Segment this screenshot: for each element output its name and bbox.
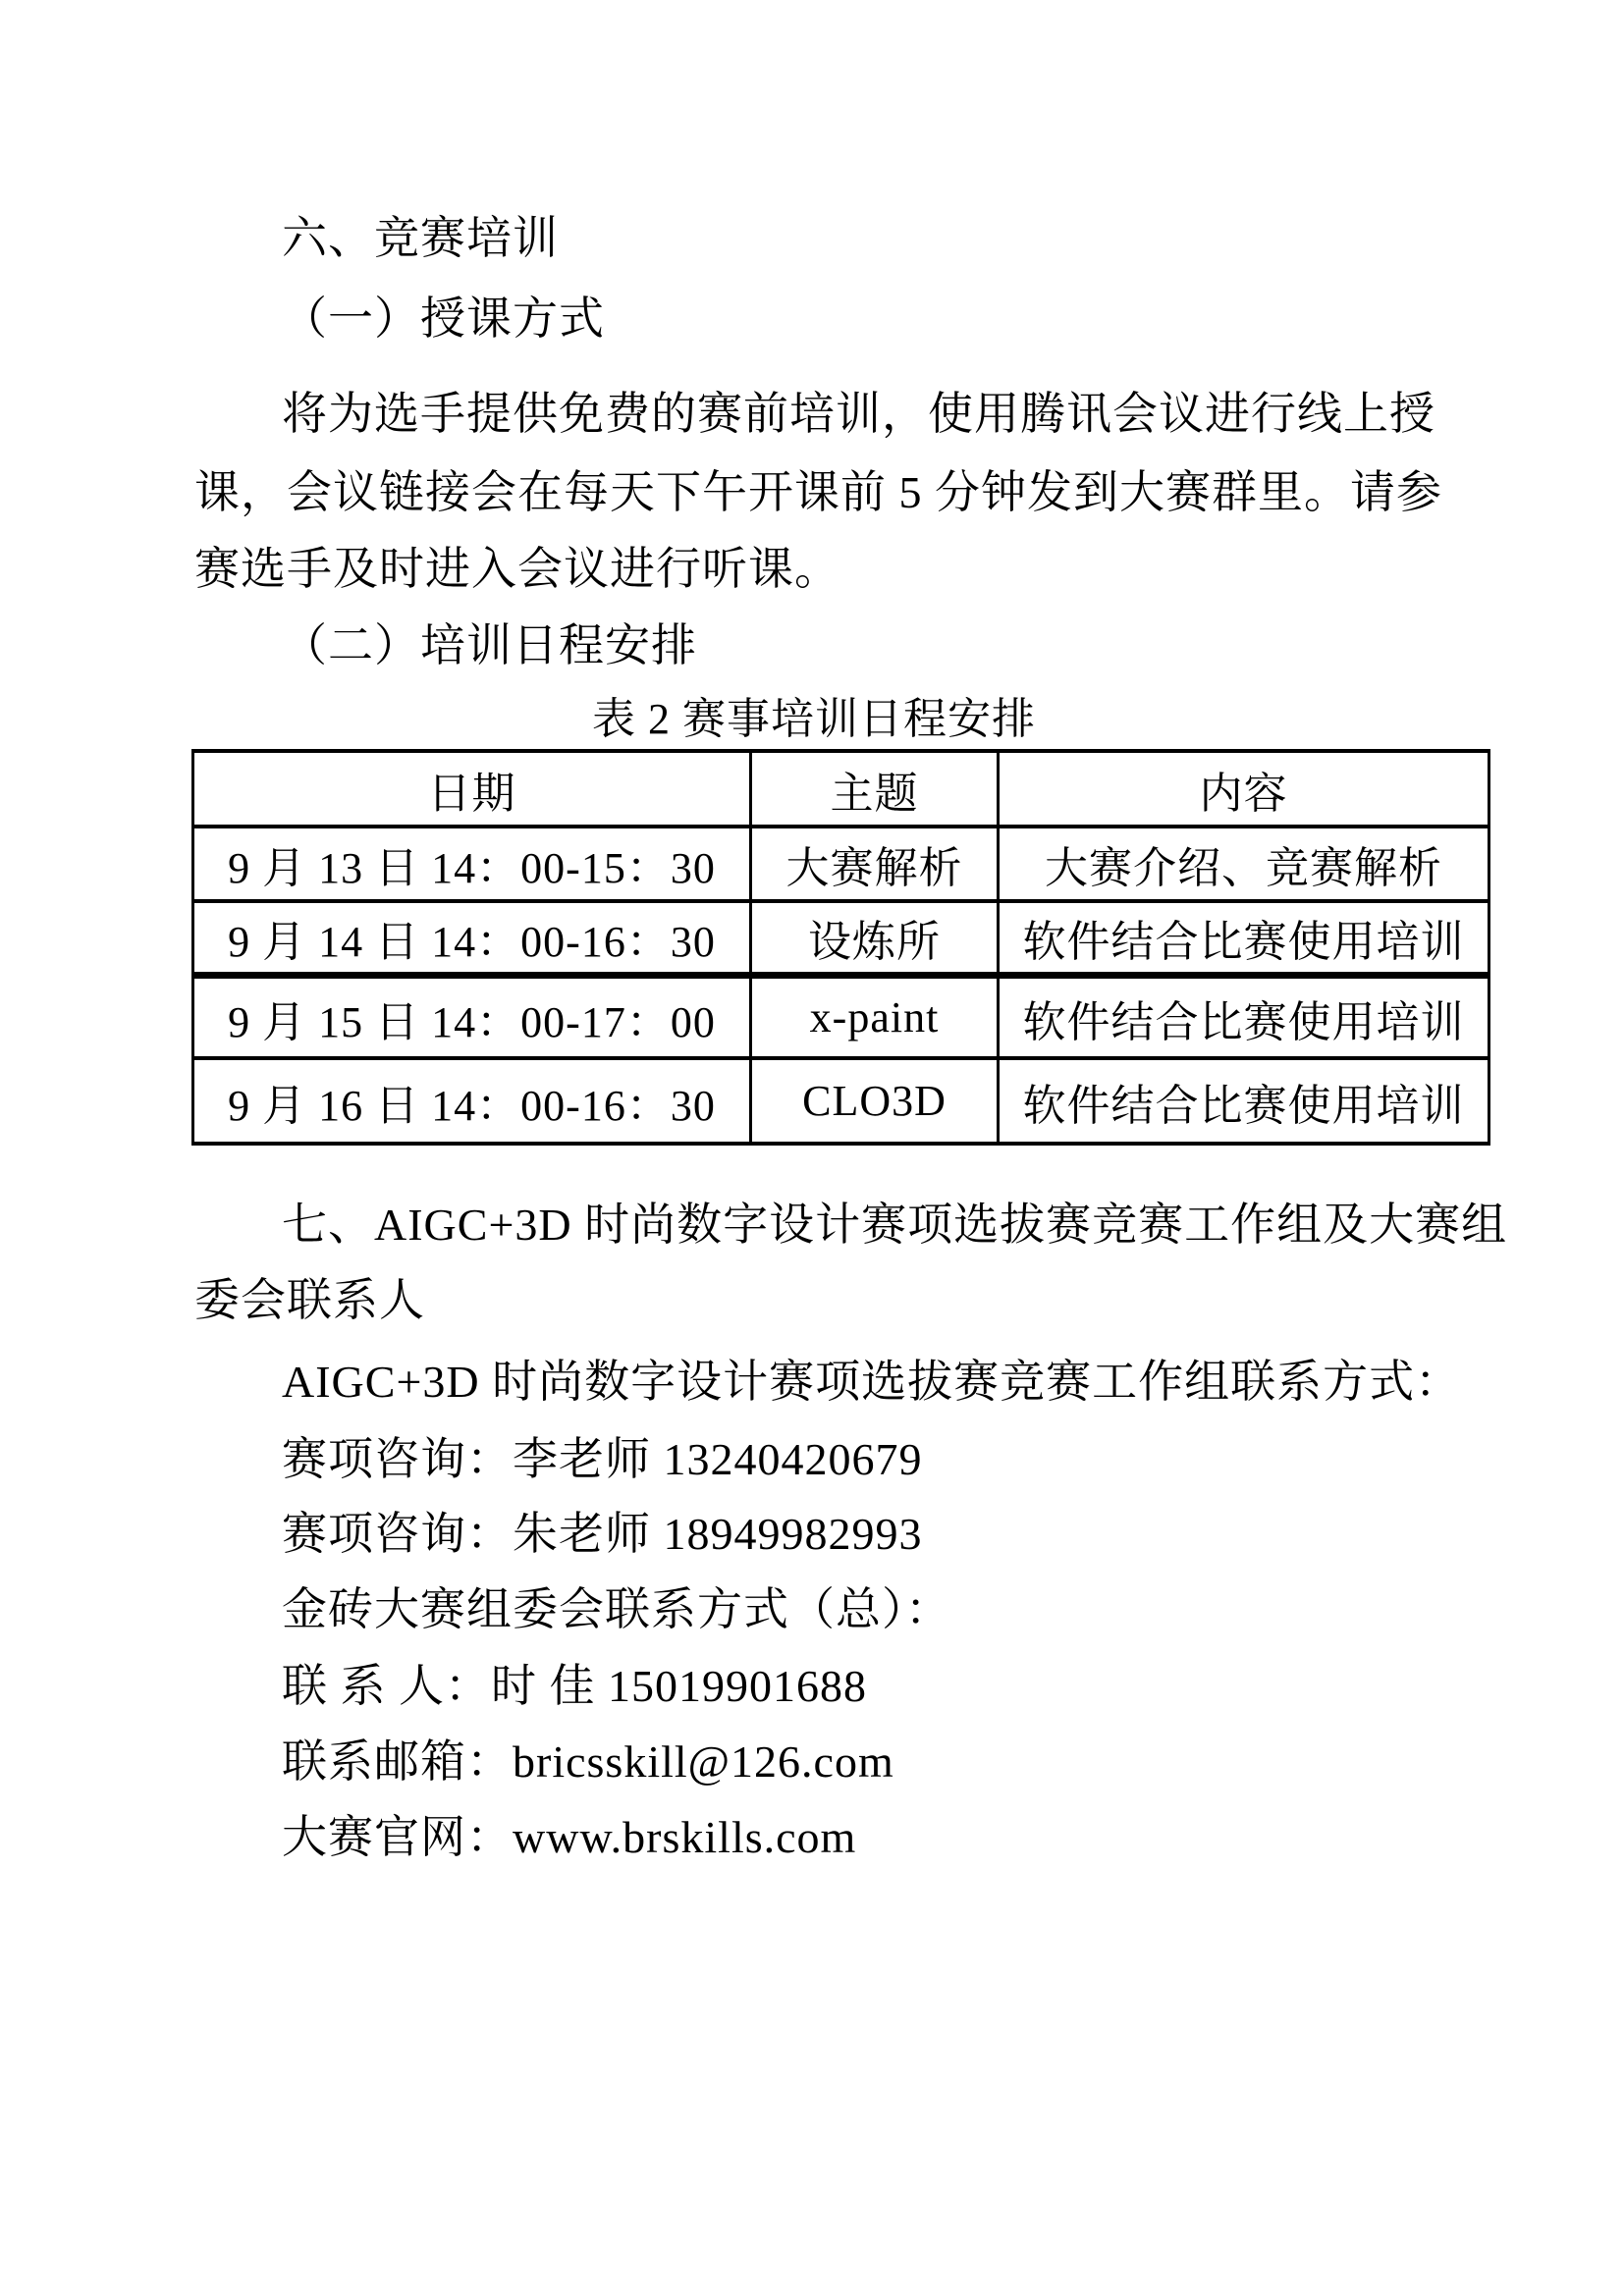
paragraph-line-2: 课，会议链接会在每天下午开课前 5 分钟发到大赛群里。请参 bbox=[194, 465, 1442, 520]
table-header-row: 日期 主题 内容 bbox=[193, 751, 1489, 827]
table-caption: 表 2 赛事培训日程安排 bbox=[194, 692, 1434, 747]
table-cell-topic: 大赛解析 bbox=[751, 827, 999, 901]
table-cell-topic: x-paint bbox=[751, 976, 999, 1059]
table-cell-topic: CLO3D bbox=[751, 1058, 999, 1144]
section7-heading-line-2: 委会联系人 bbox=[194, 1273, 425, 1328]
document-page: 六、竞赛培训 （一）授课方式 将为选手提供免费的赛前培训，使用腾讯会议进行线上授… bbox=[0, 0, 1624, 2296]
paragraph-line-1: 将为选手提供免费的赛前培训，使用腾讯会议进行线上授 bbox=[282, 387, 1435, 442]
table-header-date: 日期 bbox=[193, 751, 751, 827]
paragraph-line-3: 赛选手及时进入会议进行听课。 bbox=[194, 542, 840, 597]
contact-committee-heading: 金砖大赛组委会联系方式（总）： bbox=[282, 1582, 951, 1637]
section6-subheading-schedule: （二）培训日程安排 bbox=[282, 618, 697, 673]
table-header-content: 内容 bbox=[999, 751, 1489, 827]
training-schedule-table: 日期 主题 内容 9 月 13 日 14：00-15：30 大赛解析 大赛介绍、… bbox=[191, 749, 1490, 1146]
table-row: 9 月 14 日 14：00-16：30 设炼所 软件结合比赛使用培训 bbox=[193, 901, 1489, 976]
table-row: 9 月 16 日 14：00-16：30 CLO3D 软件结合比赛使用培训 bbox=[193, 1058, 1489, 1144]
table-cell-date: 9 月 16 日 14：00-16：30 bbox=[193, 1058, 751, 1144]
table-cell-content: 大赛介绍、竞赛解析 bbox=[999, 827, 1489, 901]
table-cell-content: 软件结合比赛使用培训 bbox=[999, 976, 1489, 1059]
contact-email: 联系邮箱：bricsskill@126.com bbox=[282, 1735, 894, 1789]
table-row: 9 月 15 日 14：00-17：00 x-paint 软件结合比赛使用培训 bbox=[193, 976, 1489, 1059]
table-cell-content: 软件结合比赛使用培训 bbox=[999, 1058, 1489, 1144]
table-cell-topic: 设炼所 bbox=[751, 901, 999, 976]
section7-intro: AIGC+3D 时尚数字设计赛项选拔赛竞赛工作组联系方式： bbox=[282, 1355, 1461, 1410]
section6-subheading-teaching-method: （一）授课方式 bbox=[282, 292, 605, 347]
table-cell-content: 软件结合比赛使用培训 bbox=[999, 901, 1489, 976]
contact-consult-li: 赛项咨询：李老师 13240420679 bbox=[282, 1432, 923, 1487]
section6-heading: 六、竞赛培训 bbox=[282, 211, 559, 266]
table-cell-date: 9 月 15 日 14：00-17：00 bbox=[193, 976, 751, 1059]
table-cell-date: 9 月 14 日 14：00-16：30 bbox=[193, 901, 751, 976]
table-row: 9 月 13 日 14：00-15：30 大赛解析 大赛介绍、竞赛解析 bbox=[193, 827, 1489, 901]
table-header-topic: 主题 bbox=[751, 751, 999, 827]
contact-website: 大赛官网：www.brskills.com bbox=[282, 1810, 856, 1865]
contact-person: 联 系 人：时 佳 15019901688 bbox=[282, 1659, 867, 1714]
contact-consult-zhu: 赛项咨询：朱老师 18949982993 bbox=[282, 1507, 923, 1562]
section7-heading-line-1: 七、AIGC+3D 时尚数字设计赛项选拔赛竞赛工作组及大赛组 bbox=[282, 1198, 1507, 1253]
table-cell-date: 9 月 13 日 14：00-15：30 bbox=[193, 827, 751, 901]
